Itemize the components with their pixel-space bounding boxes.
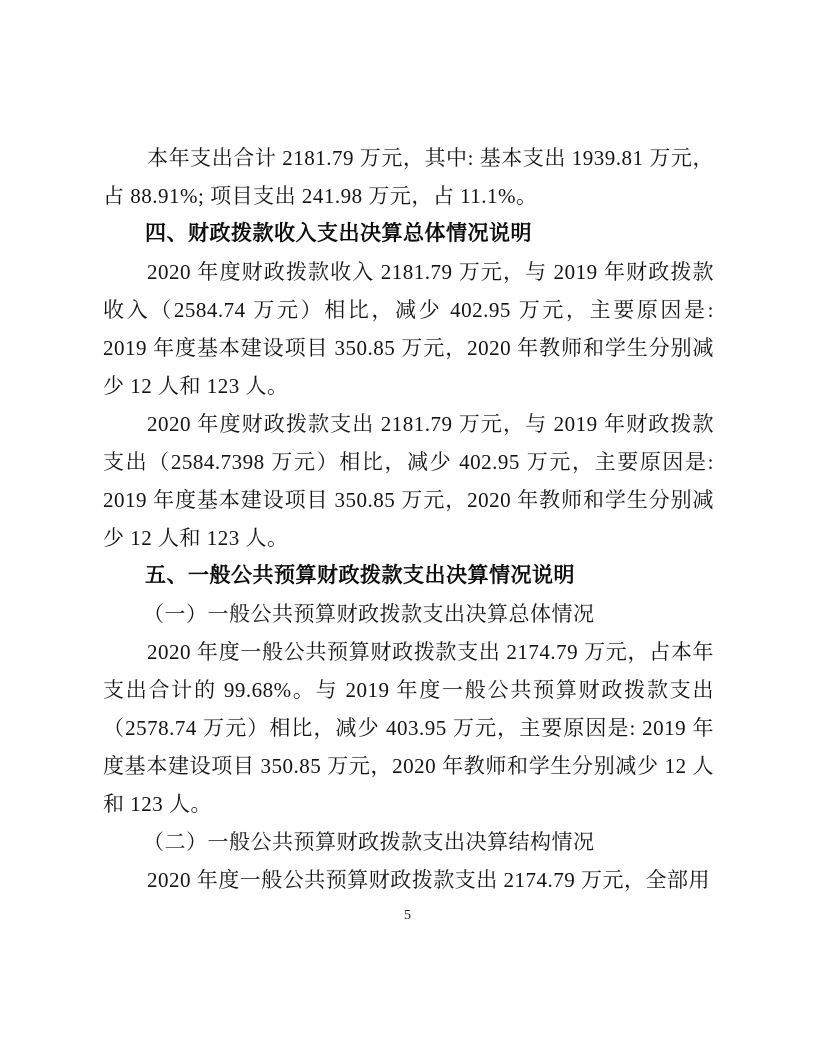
section-heading: 五、一般公共预算财政拨款支出决算情况说明 [103, 557, 714, 595]
sub-heading: （一）一般公共预算财政拨款支出决算总体情况 [103, 595, 714, 633]
paragraph: 2020 年度财政拨款收入 2181.79 万元，与 2019 年财政拨款收入（… [103, 253, 714, 405]
sub-heading: （二）一般公共预算财政拨款支出决算结构情况 [103, 823, 714, 861]
page-number: 5 [0, 906, 815, 926]
paragraph: 2020 年度一般公共预算财政拨款支出 2174.79 万元，全部用 [103, 861, 714, 899]
paragraph: 2020 年度财政拨款支出 2181.79 万元，与 2019 年财政拨款支出（… [103, 405, 714, 557]
document-body: 本年支出合计 2181.79 万元，其中: 基本支出 1939.81 万元，占 … [103, 139, 714, 899]
paragraph: 本年支出合计 2181.79 万元，其中: 基本支出 1939.81 万元，占 … [103, 139, 714, 215]
paragraph: 2020 年度一般公共预算财政拨款支出 2174.79 万元，占本年支出合计的 … [103, 633, 714, 823]
section-heading: 四、财政拨款收入支出决算总体情况说明 [103, 215, 714, 253]
document-page: 本年支出合计 2181.79 万元，其中: 基本支出 1939.81 万元，占 … [0, 0, 815, 1055]
